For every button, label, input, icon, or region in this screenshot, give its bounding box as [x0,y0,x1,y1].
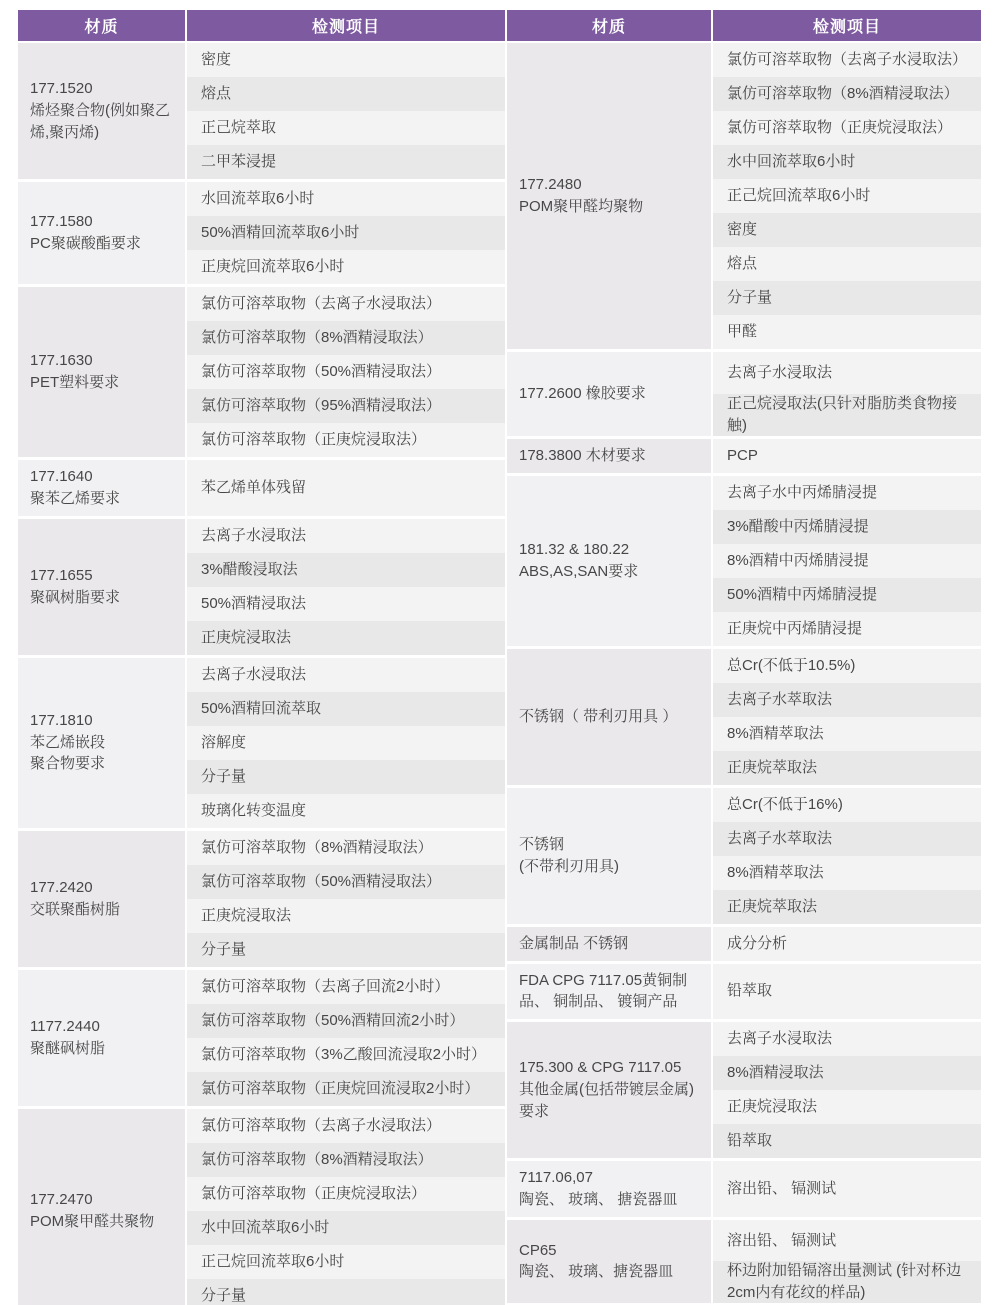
right-table-body: 177.2480 POM聚甲醛均聚物氯仿可溶萃取物（去离子水浸取法）氯仿可溶萃取… [507,43,981,1303]
test-item-cell: 苯乙烯单体残留 [187,460,505,516]
test-item-cell: 水中回流萃取6小时 [187,1211,505,1245]
test-item-cell: 正己烷浸取法(只针对脂肪类食物接触) [713,394,981,436]
test-items-list: 氯仿可溶萃取物（8%酒精浸取法）氯仿可溶萃取物（50%酒精浸取法）正庚烷浸取法分… [187,831,505,967]
right-table-header: 材质 检测项目 [507,10,981,41]
test-item-cell: 氯仿可溶萃取物（正庚烷浸取法） [187,1177,505,1211]
material-cell: 金属制品 不锈钢 [507,927,711,961]
test-item-cell: 溶出铅、 镉测试 [713,1220,981,1262]
material-cell: 177.1520 烯烃聚合物(例如聚乙烯,聚丙烯) [18,43,185,179]
test-items-list: 氯仿可溶萃取物（去离子水浸取法）氯仿可溶萃取物（8%酒精浸取法）氯仿可溶萃取物（… [713,43,981,349]
test-item-cell: 杯边附加铅镉溶出量测试 (针对杯边2cm内有花纹的样品) [713,1261,981,1303]
test-item-cell: 8%酒精萃取法 [713,717,981,751]
test-items-list: 密度熔点正己烷萃取二甲苯浸提 [187,43,505,179]
test-item-cell: 去离子水浸取法 [187,519,505,553]
test-item-cell: 正己烷回流萃取6小时 [187,1245,505,1279]
material-cell: 177.2420 交联聚酯树脂 [18,831,185,967]
test-item-cell: 正己烷回流萃取6小时 [713,179,981,213]
material-cell: 不锈钢（ 带利刃用具 ） [507,649,711,785]
material-group: 178.3800 木材要求PCP [507,439,981,473]
header-test-items: 检测项目 [713,10,981,41]
test-item-cell: 氯仿可溶萃取物（8%酒精浸取法） [187,831,505,865]
test-item-cell: 8%酒精萃取法 [713,856,981,890]
test-items-list: 溶出铅、 镉测试杯边附加铅镉溶出量测试 (针对杯边2cm内有花纹的样品) [713,1220,981,1304]
material-cell: 177.1810 苯乙烯嵌段 聚合物要求 [18,658,185,828]
test-item-cell: 氯仿可溶萃取物（去离子水浸取法） [187,1109,505,1143]
page: 材质 检测项目 177.1520 烯烃聚合物(例如聚乙烯,聚丙烯)密度熔点正己烷… [0,0,997,1305]
test-item-cell: 50%酒精回流萃取 [187,692,505,726]
material-group: 177.1655 聚砜树脂要求去离子水浸取法3%醋酸浸取法50%酒精浸取法正庚烷… [18,519,505,655]
test-item-cell: 去离子水萃取法 [713,683,981,717]
test-items-list: 去离子水浸取法正己烷浸取法(只针对脂肪类食物接触) [713,352,981,436]
material-group: 金属制品 不锈钢成分分析 [507,927,981,961]
test-item-cell: 50%酒精浸取法 [187,587,505,621]
test-items-list: 铅萃取 [713,964,981,1020]
test-items-list: 苯乙烯单体残留 [187,460,505,516]
test-item-cell: 去离子水中丙烯腈浸提 [713,476,981,510]
test-items-list: 氯仿可溶萃取物（去离子水浸取法）氯仿可溶萃取物（8%酒精浸取法）氯仿可溶萃取物（… [187,287,505,457]
test-item-cell: 50%酒精中丙烯腈浸提 [713,578,981,612]
test-item-cell: 正庚烷中丙烯腈浸提 [713,612,981,646]
test-item-cell: 去离子水浸取法 [713,352,981,394]
material-group: 不锈钢（ 带利刃用具 ）总Cr(不低于10.5%)去离子水萃取法8%酒精萃取法正… [507,649,981,785]
material-cell: FDA CPG 7117.05黄铜制品、 铜制品、 镀铜产品 [507,964,711,1020]
test-item-cell: 分子量 [187,1279,505,1305]
material-group: 不锈钢 (不带利刃用具)总Cr(不低于16%)去离子水萃取法8%酒精萃取法正庚烷… [507,788,981,924]
test-item-cell: 8%酒精浸取法 [713,1056,981,1090]
material-cell: 177.1580 PC聚碳酸酯要求 [18,182,185,284]
material-cell: 175.300 & CPG 7117.05 其他金属(包括带镀层金属)要求 [507,1022,711,1158]
test-item-cell: 氯仿可溶萃取物（去离子水浸取法） [187,287,505,321]
test-item-cell: 熔点 [187,77,505,111]
material-cell: CP65 陶瓷、 玻璃、搪瓷器皿 [507,1220,711,1304]
test-item-cell: 总Cr(不低于10.5%) [713,649,981,683]
test-items-list: 去离子水浸取法3%醋酸浸取法50%酒精浸取法正庚烷浸取法 [187,519,505,655]
material-cell: 177.1640 聚苯乙烯要求 [18,460,185,516]
material-cell: 177.2480 POM聚甲醛均聚物 [507,43,711,349]
test-item-cell: 3%醋酸中丙烯腈浸提 [713,510,981,544]
test-item-cell: 总Cr(不低于16%) [713,788,981,822]
test-items-list: 总Cr(不低于16%)去离子水萃取法8%酒精萃取法正庚烷萃取法 [713,788,981,924]
test-items-list: 水回流萃取6小时50%酒精回流萃取6小时正庚烷回流萃取6小时 [187,182,505,284]
test-item-cell: 熔点 [713,247,981,281]
material-group: 177.1810 苯乙烯嵌段 聚合物要求去离子水浸取法50%酒精回流萃取溶解度分… [18,658,505,828]
material-group: 181.32 & 180.22 ABS,AS,SAN要求去离子水中丙烯腈浸提3%… [507,476,981,646]
header-test-items: 检测项目 [187,10,505,41]
test-item-cell: 氯仿可溶萃取物（50%酒精浸取法） [187,865,505,899]
material-group: CP65 陶瓷、 玻璃、搪瓷器皿溶出铅、 镉测试杯边附加铅镉溶出量测试 (针对杯… [507,1220,981,1304]
material-group: 1177.2440 聚醚砜树脂氯仿可溶萃取物（去离子回流2小时）氯仿可溶萃取物（… [18,970,505,1106]
test-item-cell: 成分分析 [713,927,981,961]
test-items-list: 去离子水浸取法8%酒精浸取法正庚烷浸取法铅萃取 [713,1022,981,1158]
test-item-cell: 密度 [713,213,981,247]
test-item-cell: 铅萃取 [713,964,981,1020]
header-material: 材质 [507,10,711,41]
test-item-cell: 分子量 [187,760,505,794]
test-item-cell: PCP [713,439,981,473]
material-cell: 177.1630 PET塑料要求 [18,287,185,457]
test-item-cell: 正己烷萃取 [187,111,505,145]
material-group: 177.2480 POM聚甲醛均聚物氯仿可溶萃取物（去离子水浸取法）氯仿可溶萃取… [507,43,981,349]
test-item-cell: 3%醋酸浸取法 [187,553,505,587]
test-item-cell: 氯仿可溶萃取物（去离子回流2小时） [187,970,505,1004]
material-cell: 177.2600 橡胶要求 [507,352,711,436]
left-table-body: 177.1520 烯烃聚合物(例如聚乙烯,聚丙烯)密度熔点正己烷萃取二甲苯浸提1… [18,43,505,1305]
test-item-cell: 氯仿可溶萃取物（8%酒精浸取法） [187,321,505,355]
material-group: 177.1520 烯烃聚合物(例如聚乙烯,聚丙烯)密度熔点正己烷萃取二甲苯浸提 [18,43,505,179]
test-items-list: 成分分析 [713,927,981,961]
test-item-cell: 氯仿可溶萃取物（去离子水浸取法） [713,43,981,77]
test-item-cell: 密度 [187,43,505,77]
test-items-list: 去离子水浸取法50%酒精回流萃取溶解度分子量玻璃化转变温度 [187,658,505,828]
test-item-cell: 正庚烷浸取法 [713,1090,981,1124]
test-item-cell: 铅萃取 [713,1124,981,1158]
test-item-cell: 氯仿可溶萃取物（正庚烷回流浸取2小时） [187,1072,505,1106]
material-cell: 177.2470 POM聚甲醛共聚物 [18,1109,185,1305]
test-items-list: 氯仿可溶萃取物（去离子回流2小时）氯仿可溶萃取物（50%酒精回流2小时）氯仿可溶… [187,970,505,1106]
test-items-list: 去离子水中丙烯腈浸提3%醋酸中丙烯腈浸提8%酒精中丙烯腈浸提50%酒精中丙烯腈浸… [713,476,981,646]
material-cell: 181.32 & 180.22 ABS,AS,SAN要求 [507,476,711,646]
test-items-list: 氯仿可溶萃取物（去离子水浸取法）氯仿可溶萃取物（8%酒精浸取法）氯仿可溶萃取物（… [187,1109,505,1305]
test-item-cell: 氯仿可溶萃取物（50%酒精浸取法） [187,355,505,389]
material-cell: 178.3800 木材要求 [507,439,711,473]
material-group: 177.2600 橡胶要求去离子水浸取法正己烷浸取法(只针对脂肪类食物接触) [507,352,981,436]
test-item-cell: 分子量 [187,933,505,967]
left-table: 材质 检测项目 177.1520 烯烃聚合物(例如聚乙烯,聚丙烯)密度熔点正己烷… [18,10,505,1305]
material-cell: 不锈钢 (不带利刃用具) [507,788,711,924]
test-item-cell: 水中回流萃取6小时 [713,145,981,179]
material-test-tables: 材质 检测项目 177.1520 烯烃聚合物(例如聚乙烯,聚丙烯)密度熔点正己烷… [18,10,981,1305]
test-item-cell: 去离子水萃取法 [713,822,981,856]
test-item-cell: 玻璃化转变温度 [187,794,505,828]
material-group: 7117.06,07 陶瓷、 玻璃、 搪瓷器皿溶出铅、 镉测试 [507,1161,981,1217]
test-item-cell: 正庚烷回流萃取6小时 [187,250,505,284]
material-group: 177.1580 PC聚碳酸酯要求水回流萃取6小时50%酒精回流萃取6小时正庚烷… [18,182,505,284]
left-table-header: 材质 检测项目 [18,10,505,41]
test-item-cell: 正庚烷萃取法 [713,751,981,785]
test-item-cell: 氯仿可溶萃取物（8%酒精浸取法） [187,1143,505,1177]
test-item-cell: 分子量 [713,281,981,315]
test-item-cell: 去离子水浸取法 [713,1022,981,1056]
test-item-cell: 8%酒精中丙烯腈浸提 [713,544,981,578]
right-table: 材质 检测项目 177.2480 POM聚甲醛均聚物氯仿可溶萃取物（去离子水浸取… [507,10,981,1303]
material-group: 177.1630 PET塑料要求氯仿可溶萃取物（去离子水浸取法）氯仿可溶萃取物（… [18,287,505,457]
test-item-cell: 正庚烷浸取法 [187,899,505,933]
material-cell: 177.1655 聚砜树脂要求 [18,519,185,655]
test-item-cell: 氯仿可溶萃取物（8%酒精浸取法） [713,77,981,111]
material-group: FDA CPG 7117.05黄铜制品、 铜制品、 镀铜产品铅萃取 [507,964,981,1020]
test-item-cell: 溶出铅、 镉测试 [713,1161,981,1217]
test-item-cell: 氯仿可溶萃取物（正庚烷浸取法） [713,111,981,145]
test-item-cell: 氯仿可溶萃取物（95%酒精浸取法） [187,389,505,423]
material-group: 177.2420 交联聚酯树脂氯仿可溶萃取物（8%酒精浸取法）氯仿可溶萃取物（5… [18,831,505,967]
test-item-cell: 溶解度 [187,726,505,760]
header-material: 材质 [18,10,185,41]
material-cell: 7117.06,07 陶瓷、 玻璃、 搪瓷器皿 [507,1161,711,1217]
test-items-list: 溶出铅、 镉测试 [713,1161,981,1217]
test-items-list: 总Cr(不低于10.5%)去离子水萃取法8%酒精萃取法正庚烷萃取法 [713,649,981,785]
test-items-list: PCP [713,439,981,473]
test-item-cell: 氯仿可溶萃取物（50%酒精回流2小时） [187,1004,505,1038]
test-item-cell: 氯仿可溶萃取物（正庚烷浸取法） [187,423,505,457]
material-group: 177.1640 聚苯乙烯要求苯乙烯单体残留 [18,460,505,516]
test-item-cell: 正庚烷萃取法 [713,890,981,924]
test-item-cell: 氯仿可溶萃取物（3%乙酸回流浸取2小时） [187,1038,505,1072]
test-item-cell: 去离子水浸取法 [187,658,505,692]
test-item-cell: 二甲苯浸提 [187,145,505,179]
material-group: 175.300 & CPG 7117.05 其他金属(包括带镀层金属)要求去离子… [507,1022,981,1158]
test-item-cell: 水回流萃取6小时 [187,182,505,216]
material-group: 177.2470 POM聚甲醛共聚物氯仿可溶萃取物（去离子水浸取法）氯仿可溶萃取… [18,1109,505,1305]
test-item-cell: 甲醛 [713,315,981,349]
material-cell: 1177.2440 聚醚砜树脂 [18,970,185,1106]
test-item-cell: 正庚烷浸取法 [187,621,505,655]
test-item-cell: 50%酒精回流萃取6小时 [187,216,505,250]
